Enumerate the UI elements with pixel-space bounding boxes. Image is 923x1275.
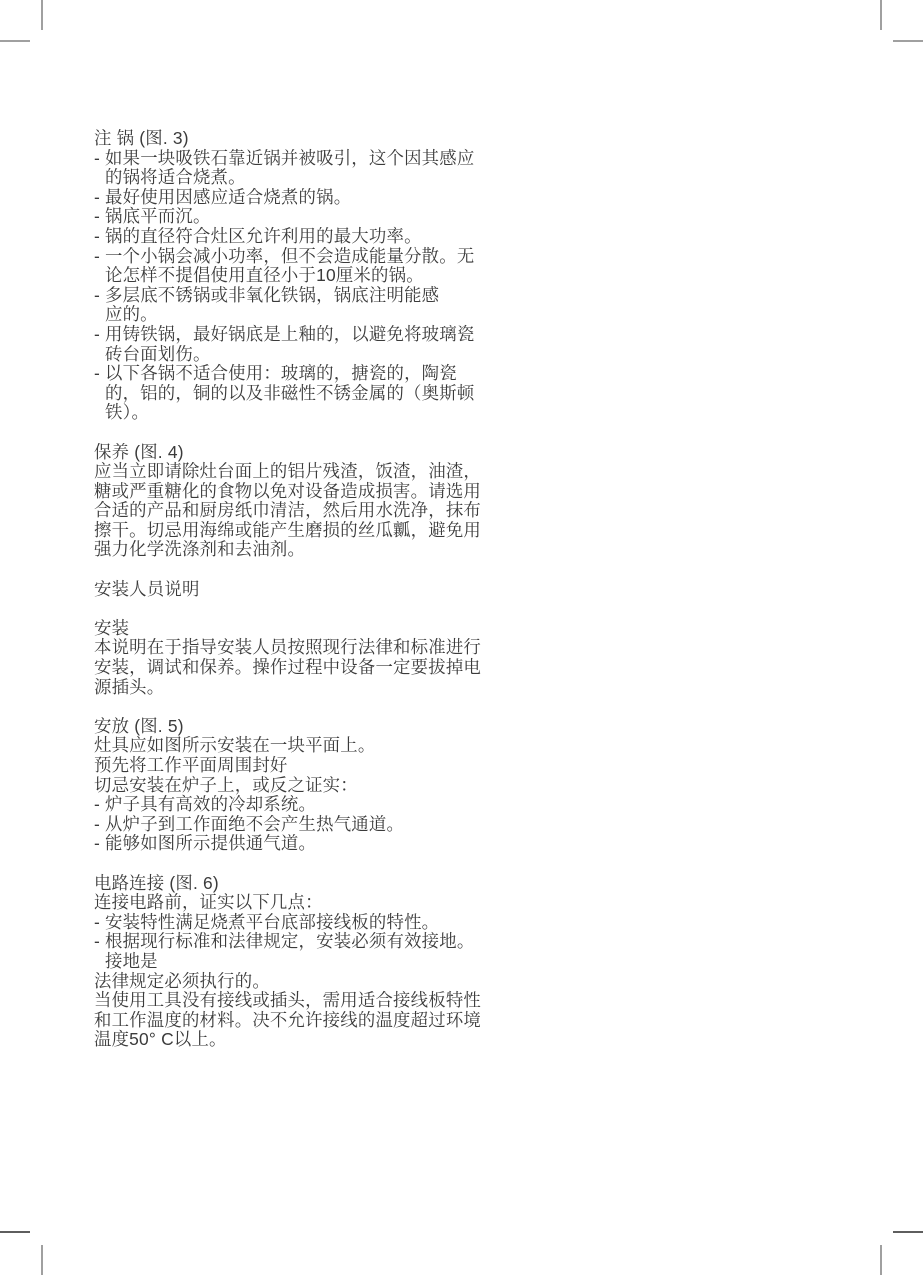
- manual-page: 注 锅 (图. 3)- 如果一块吸铁石靠近锅并被吸引，这个因其感应的锅将适合烧煮…: [0, 0, 923, 1275]
- section-heading: 保养 (图. 4): [94, 443, 481, 463]
- text-line: 源插头。: [94, 678, 481, 698]
- text-line: - 锅底平而沉。: [94, 207, 481, 227]
- text-line: 切忌安装在炉子上，或反之证实：: [94, 776, 481, 796]
- text-line: 温度50° C以上。: [94, 1030, 481, 1050]
- section-heading: 安放 (图. 5): [94, 717, 481, 737]
- text-line: - 最好使用因感应适合烧煮的锅。: [94, 188, 481, 208]
- document-text: 注 锅 (图. 3)- 如果一块吸铁石靠近锅并被吸引，这个因其感应的锅将适合烧煮…: [94, 129, 481, 1050]
- text-line: - 一个小锅会减小功率，但不会造成能量分散。无: [94, 247, 481, 267]
- text-line: 应当立即请除灶台面上的铝片残渣，饭渣，油渣，: [94, 462, 481, 482]
- text-line: 连接电路前，证实以下几点：: [94, 893, 481, 913]
- blank-line: [94, 854, 481, 874]
- text-line: 灶具应如图所示安装在一块平面上。: [94, 736, 481, 756]
- text-line: 强力化学洗涤剂和去油剂。: [94, 540, 481, 560]
- text-line: - 如果一块吸铁石靠近锅并被吸引，这个因其感应: [94, 149, 481, 169]
- text-line: 安装，调试和保养。操作过程中设备一定要拔掉电: [94, 658, 481, 678]
- crop-mark-bottom-right-horizontal: [893, 1231, 923, 1233]
- section-heading: 安装: [94, 619, 481, 639]
- text-line: - 根据现行标准和法律规定，安装必须有效接地。: [94, 932, 481, 952]
- text-line: 的锅将适合烧煮。: [105, 168, 481, 188]
- text-line: 糖或严重糖化的食物以免对设备造成损害。请选用: [94, 482, 481, 502]
- section-heading: 安装人员说明: [94, 580, 481, 600]
- text-line: 法律规定必须执行的。: [94, 972, 481, 992]
- crop-mark-top-right-horizontal: [893, 40, 923, 42]
- text-line: - 锅的直径符合灶区允许利用的最大功率。: [94, 227, 481, 247]
- text-line: - 能够如图所示提供通气道。: [94, 834, 481, 854]
- text-line: 和工作温度的材料。决不允许接线的温度超过环境: [94, 1011, 481, 1031]
- blank-line: [94, 599, 481, 619]
- crop-mark-bottom-right-vertical: [880, 1245, 882, 1275]
- crop-mark-bottom-left-vertical: [41, 1245, 43, 1275]
- text-line: - 炉子具有高效的冷却系统。: [94, 795, 481, 815]
- text-line: 砖台面划伤。: [105, 345, 481, 365]
- text-line: 的，铝的，铜的以及非磁性不锈金属的（奥斯顿: [105, 384, 481, 404]
- blank-line: [94, 423, 481, 443]
- crop-mark-top-left-horizontal: [0, 40, 30, 42]
- text-line: - 安装特性满足烧煮平台底部接线板的特性。: [94, 913, 481, 933]
- text-line: - 用铸铁锅，最好锅底是上釉的，以避免将玻璃瓷: [94, 325, 481, 345]
- text-line: 擦干。切忌用海绵或能产生磨损的丝瓜瓤，避免用: [94, 521, 481, 541]
- crop-mark-top-right-vertical: [880, 0, 882, 30]
- text-line: 合适的产品和厨房纸巾清洁，然后用水洗净，抹布: [94, 501, 481, 521]
- text-line: 当使用工具没有接线或插头，需用适合接线板特性: [94, 991, 481, 1011]
- text-line: 预先将工作平面周围封好: [94, 756, 481, 776]
- text-line: - 从炉子到工作面绝不会产生热气通道。: [94, 815, 481, 835]
- text-line: 应的。: [105, 305, 481, 325]
- text-line: 铁）。: [105, 403, 481, 423]
- text-line: 接地是: [105, 952, 481, 972]
- section-heading: 电路连接 (图. 6): [94, 874, 481, 894]
- text-line: - 以下各锅不适合使用：玻璃的，搪瓷的，陶瓷: [94, 364, 481, 384]
- section-heading: 注 锅 (图. 3): [94, 129, 481, 149]
- crop-mark-top-left-vertical: [41, 0, 43, 30]
- blank-line: [94, 560, 481, 580]
- blank-line: [94, 697, 481, 717]
- text-line: 论怎样不提倡使用直径小于10厘米的锅。: [105, 266, 481, 286]
- text-line: 本说明在于指导安装人员按照现行法律和标准进行: [94, 638, 481, 658]
- crop-mark-bottom-left-horizontal: [0, 1231, 30, 1233]
- text-line: - 多层底不锈锅或非氧化铁锅，锅底注明能感: [94, 286, 481, 306]
